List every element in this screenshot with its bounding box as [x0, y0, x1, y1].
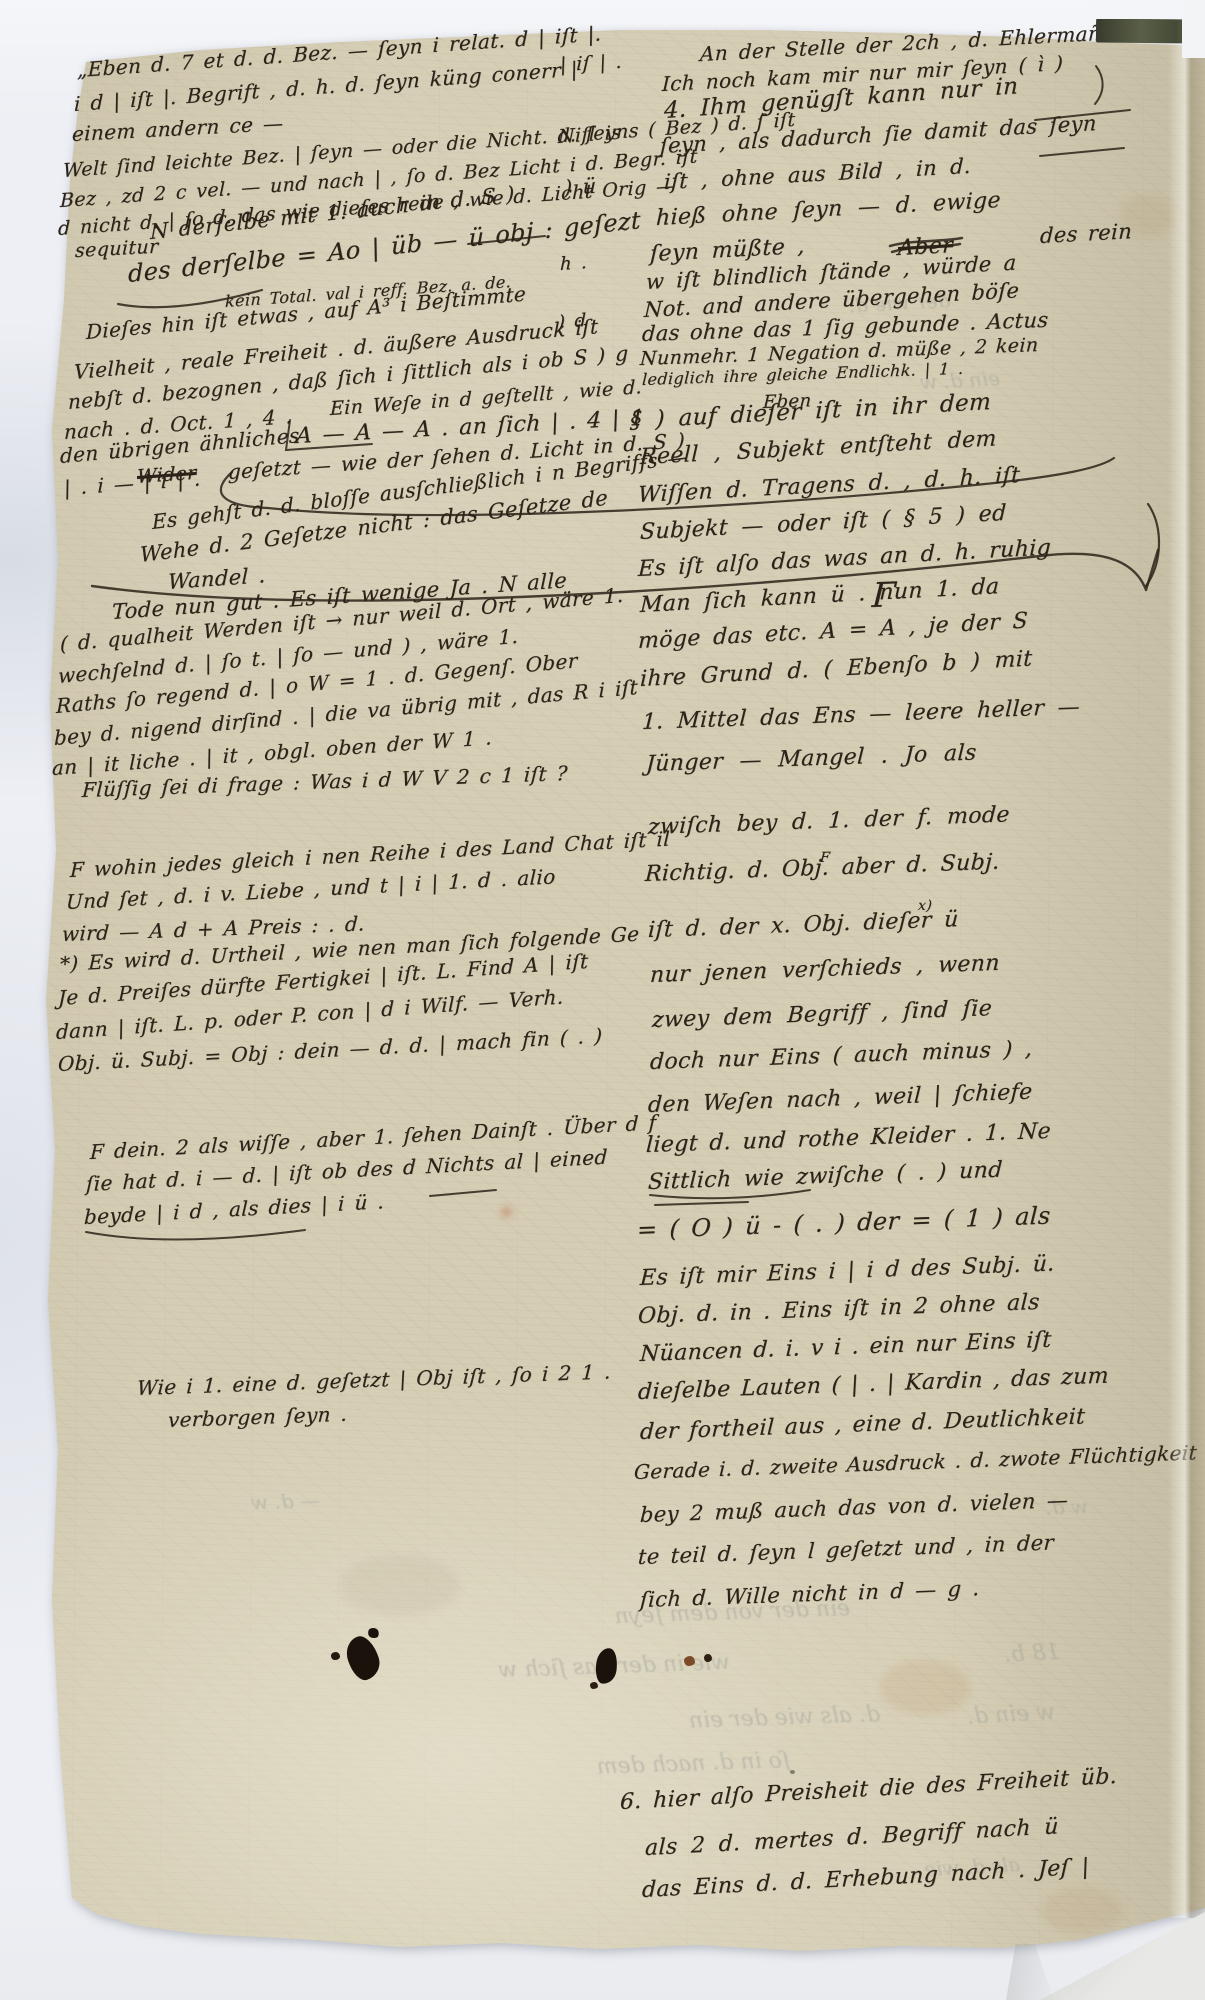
page-crease: [1168, 40, 1205, 1918]
blot-layer: [0, 0, 1205, 2000]
ink-blot: [790, 1770, 795, 1774]
ink-blot: [684, 1656, 695, 1666]
ink-blot: [594, 1647, 620, 1686]
ink-blot: [704, 1654, 712, 1662]
ink-blot: [342, 1632, 384, 1683]
ink-blot: [367, 1626, 381, 1639]
adjacent-sheet-top-corner: [1182, 0, 1205, 58]
scan-background: ein der von dem ſeynwie in der das ſich …: [0, 0, 1205, 2000]
ink-blot: [590, 1682, 598, 1689]
ink-blot: [331, 1652, 340, 1660]
